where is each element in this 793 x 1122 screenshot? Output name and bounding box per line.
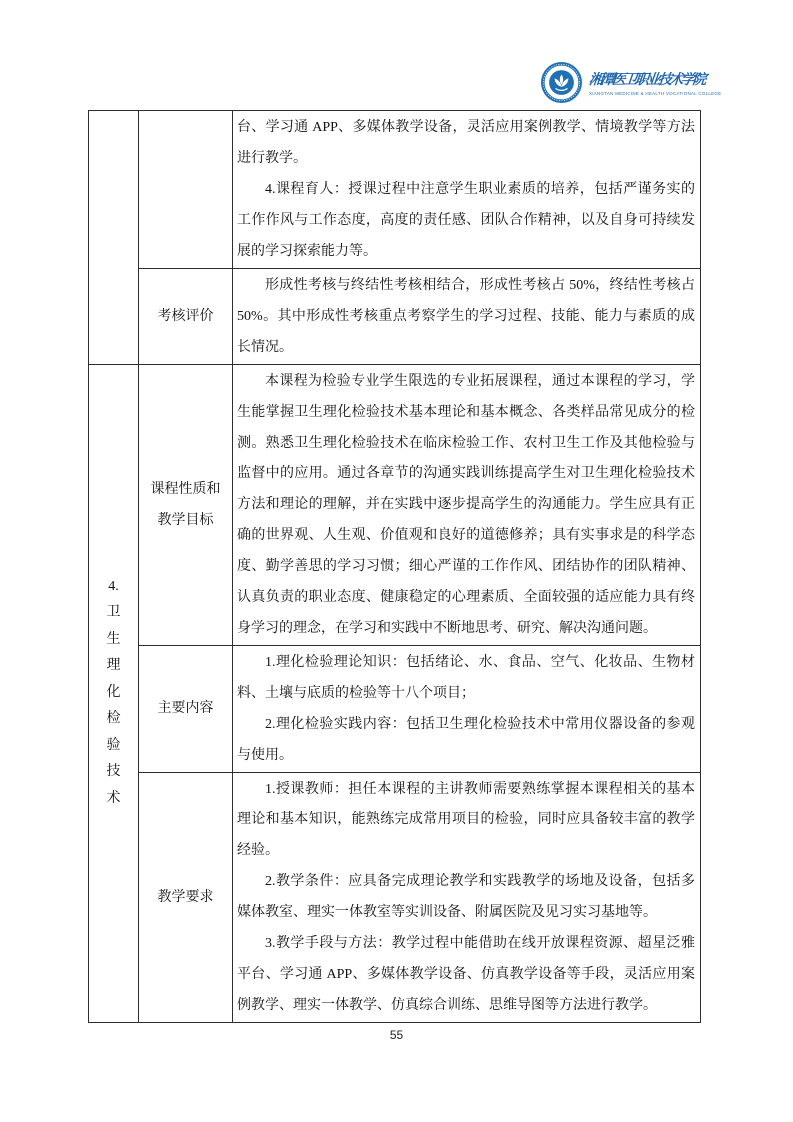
course-number-cell-empty	[89, 111, 139, 365]
row-label-assessment: 考核评价	[139, 269, 233, 365]
table-row: 教学要求 1.授课教师：担任本课程的主讲教师需要熟练掌握本课程相关的基本理论和基…	[89, 772, 701, 1022]
college-emblem-icon	[540, 61, 583, 104]
cell-teaching-requirements: 1.授课教师：担任本课程的主讲教师需要熟练掌握本课程相关的基本理论和基本知识，能…	[233, 772, 701, 1022]
paragraph: 形成性考核与终结性考核相结合，形成性考核占 50%，终结性考核占 50%。其中形…	[237, 271, 695, 364]
paragraph: 2.教学条件：应具备完成理论教学和实践教学的场地及设备，包括多媒体教室、理实一体…	[237, 867, 695, 929]
table-row: 4. 卫 生 理 化 检 验 技 术 课程性质和教学目标 本课程为检验专业学生限…	[89, 364, 701, 645]
paragraph: 本课程为检验专业学生限选的专业拓展课程，通过本课程的学习，学生能掌握卫生理化检验…	[237, 367, 695, 645]
row-label-main-content: 主要内容	[139, 645, 233, 772]
row-label-teaching-requirements: 教学要求	[139, 772, 233, 1022]
paragraph: 4.课程育人：授课过程中注意学生职业素质的培养，包括严谨务实的工作作风与工作态度…	[237, 175, 695, 268]
table-row: 考核评价 形成性考核与终结性考核相结合，形成性考核占 50%，终结性考核占 50…	[89, 269, 701, 365]
paragraph: 1.授课教师：担任本课程的主讲教师需要熟练掌握本课程相关的基本理论和基本知识，能…	[237, 775, 695, 868]
paragraph: 台、学习通 APP、多媒体教学设备，灵活应用案例教学、情境教学等方法进行教学。	[237, 113, 695, 175]
college-name-en: XIANGTAN MEDICINE & HEALTH VOCATIONAL CO…	[589, 91, 721, 96]
table-row: 台、学习通 APP、多媒体教学设备，灵活应用案例教学、情境教学等方法进行教学。 …	[89, 111, 701, 269]
table-row: 主要内容 1.理化检验理论知识：包括绪论、水、食品、空气、化妆品、生物材料、土壤…	[89, 645, 701, 772]
page-number: 55	[0, 1028, 793, 1042]
cell-main-content: 1.理化检验理论知识：包括绪论、水、食品、空气、化妆品、生物材料、土壤与底质的检…	[233, 645, 701, 772]
course-number-cell: 4. 卫 生 理 化 检 验 技 术	[89, 364, 139, 1022]
course-table: 台、学习通 APP、多媒体教学设备，灵活应用案例教学、情境教学等方法进行教学。 …	[88, 110, 701, 1023]
college-logo: 湘潭医卫职业技术学院 XIANGTAN MEDICINE & HEALTH VO…	[540, 61, 721, 104]
row-label-empty	[139, 111, 233, 269]
document-page: { "header": { "college_name_zh": "湘潭医卫职业…	[0, 0, 793, 1122]
cell-course-nature: 本课程为检验专业学生限选的专业拓展课程，通过本课程的学习，学生能掌握卫生理化检验…	[233, 364, 701, 645]
course-title-vertical: 4. 卫 生 理 化 检 验 技 术	[89, 574, 138, 813]
college-name-zh: 湘潭医卫职业技术学院	[588, 69, 722, 89]
paragraph: 2.理化检验实践内容：包括卫生理化检验技术中常用仪器设备的参观与使用。	[237, 710, 695, 772]
paragraph: 3.教学手段与方法：教学过程中能借助在线开放课程资源、超星泛雅平台、学习通 AP…	[237, 929, 695, 1022]
cell-assessment: 形成性考核与终结性考核相结合，形成性考核占 50%，终结性考核占 50%。其中形…	[233, 269, 701, 365]
cell-teaching-methods-continued: 台、学习通 APP、多媒体教学设备，灵活应用案例教学、情境教学等方法进行教学。 …	[233, 111, 701, 269]
row-label-course-nature: 课程性质和教学目标	[139, 364, 233, 645]
paragraph: 1.理化检验理论知识：包括绪论、水、食品、空气、化妆品、生物材料、土壤与底质的检…	[237, 648, 695, 710]
